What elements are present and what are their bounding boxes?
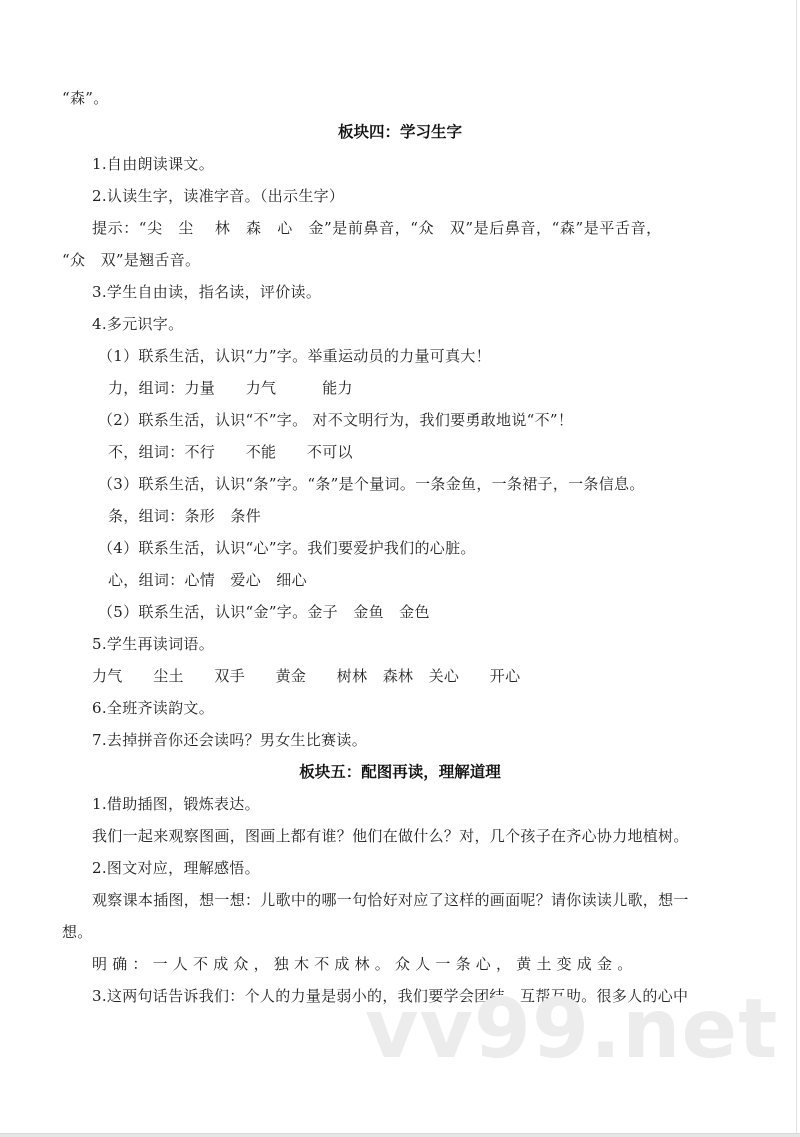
sub-item-4-xin: （4）联系生活，认识“心”字。我们要爱护我们的心脏。 (98, 538, 476, 558)
step-2-match-text-image: 2.图文对应，理解感悟。 (92, 858, 260, 878)
step-2-recognize-characters: 2.认读生字，读准字音。（出示生字） (92, 186, 344, 206)
word-group-li: 力，组词：力量 力气 能力 (108, 378, 353, 398)
observe-textbook-paragraph-continued: 想。 (62, 922, 93, 942)
word-group-bu: 不，组词：不行 不能 不可以 (108, 442, 353, 462)
observe-textbook-paragraph: 观察课本插图，想一想：儿歌中的哪一句恰好对应了这样的画面呢？请你读读儿歌，想一 (92, 890, 689, 910)
paragraph-continuation: “森”。 (62, 88, 109, 108)
section-heading-block-four: 板块四：学习生字 (0, 122, 800, 142)
sub-item-3-tiao: （3）联系生活，认识“条”字。“条”是个量词。一条金鱼，一条裙子，一条信息。 (98, 474, 645, 494)
step-3-student-reading: 3.学生自由读，指名读，评价读。 (92, 282, 321, 302)
section-heading-block-five: 板块五：配图再读，理解道理 (0, 762, 800, 782)
step-6-class-reading: 6.全班齐读韵文。 (92, 698, 214, 718)
step-1-illustration: 1.借助插图，锻炼表达。 (92, 794, 260, 814)
step-7-reading-contest: 7.去掉拼音你还会读吗？男女生比赛读。 (92, 730, 367, 750)
sub-item-5-jin: （5）联系生活，认识“金”字。金子 金鱼 金色 (98, 602, 430, 622)
clarification-verse: 明确：一人不成众，独木不成林。众人一条心，黄土变成金。 (92, 954, 637, 974)
observe-picture-paragraph: 我们一起来观察图画，图画上都有谁？他们在做什么？对，几个孩子在齐心协力地植树。 (92, 826, 689, 846)
pronunciation-hint-continued: “众 双”是翘舌音。 (62, 250, 200, 270)
document-page: “森”。 板块四：学习生字 1.自由朗读课文。 2.认读生字，读准字音。（出示生… (0, 0, 797, 1133)
watermark: vv99.net (365, 985, 778, 1075)
sub-item-2-bu: （2）联系生活，认识“不”字。 对不文明行为，我们要勇敢地说“不”！ (98, 410, 573, 430)
sub-item-1-li: （1）联系生活，认识“力”字。举重运动员的力量可真大！ (98, 346, 491, 366)
step-4-multiple-literacy: 4.多元识字。 (92, 314, 183, 334)
step-5-reread-words: 5.学生再读词语。 (92, 634, 214, 654)
word-group-tiao: 条，组词：条形 条件 (108, 506, 261, 526)
page-bottom-edge (0, 1133, 800, 1137)
word-group-xin: 心，组词：心情 爱心 细心 (108, 570, 307, 590)
vocabulary-list: 力气 尘土 双手 黄金 树林 森林 关心 开心 (92, 666, 520, 686)
pronunciation-hint: 提示：“尖 尘 林 森 心 金”是前鼻音，“众 双”是后鼻音，“森”是平舌音， (92, 218, 662, 238)
step-1-free-reading: 1.自由朗读课文。 (92, 154, 214, 174)
